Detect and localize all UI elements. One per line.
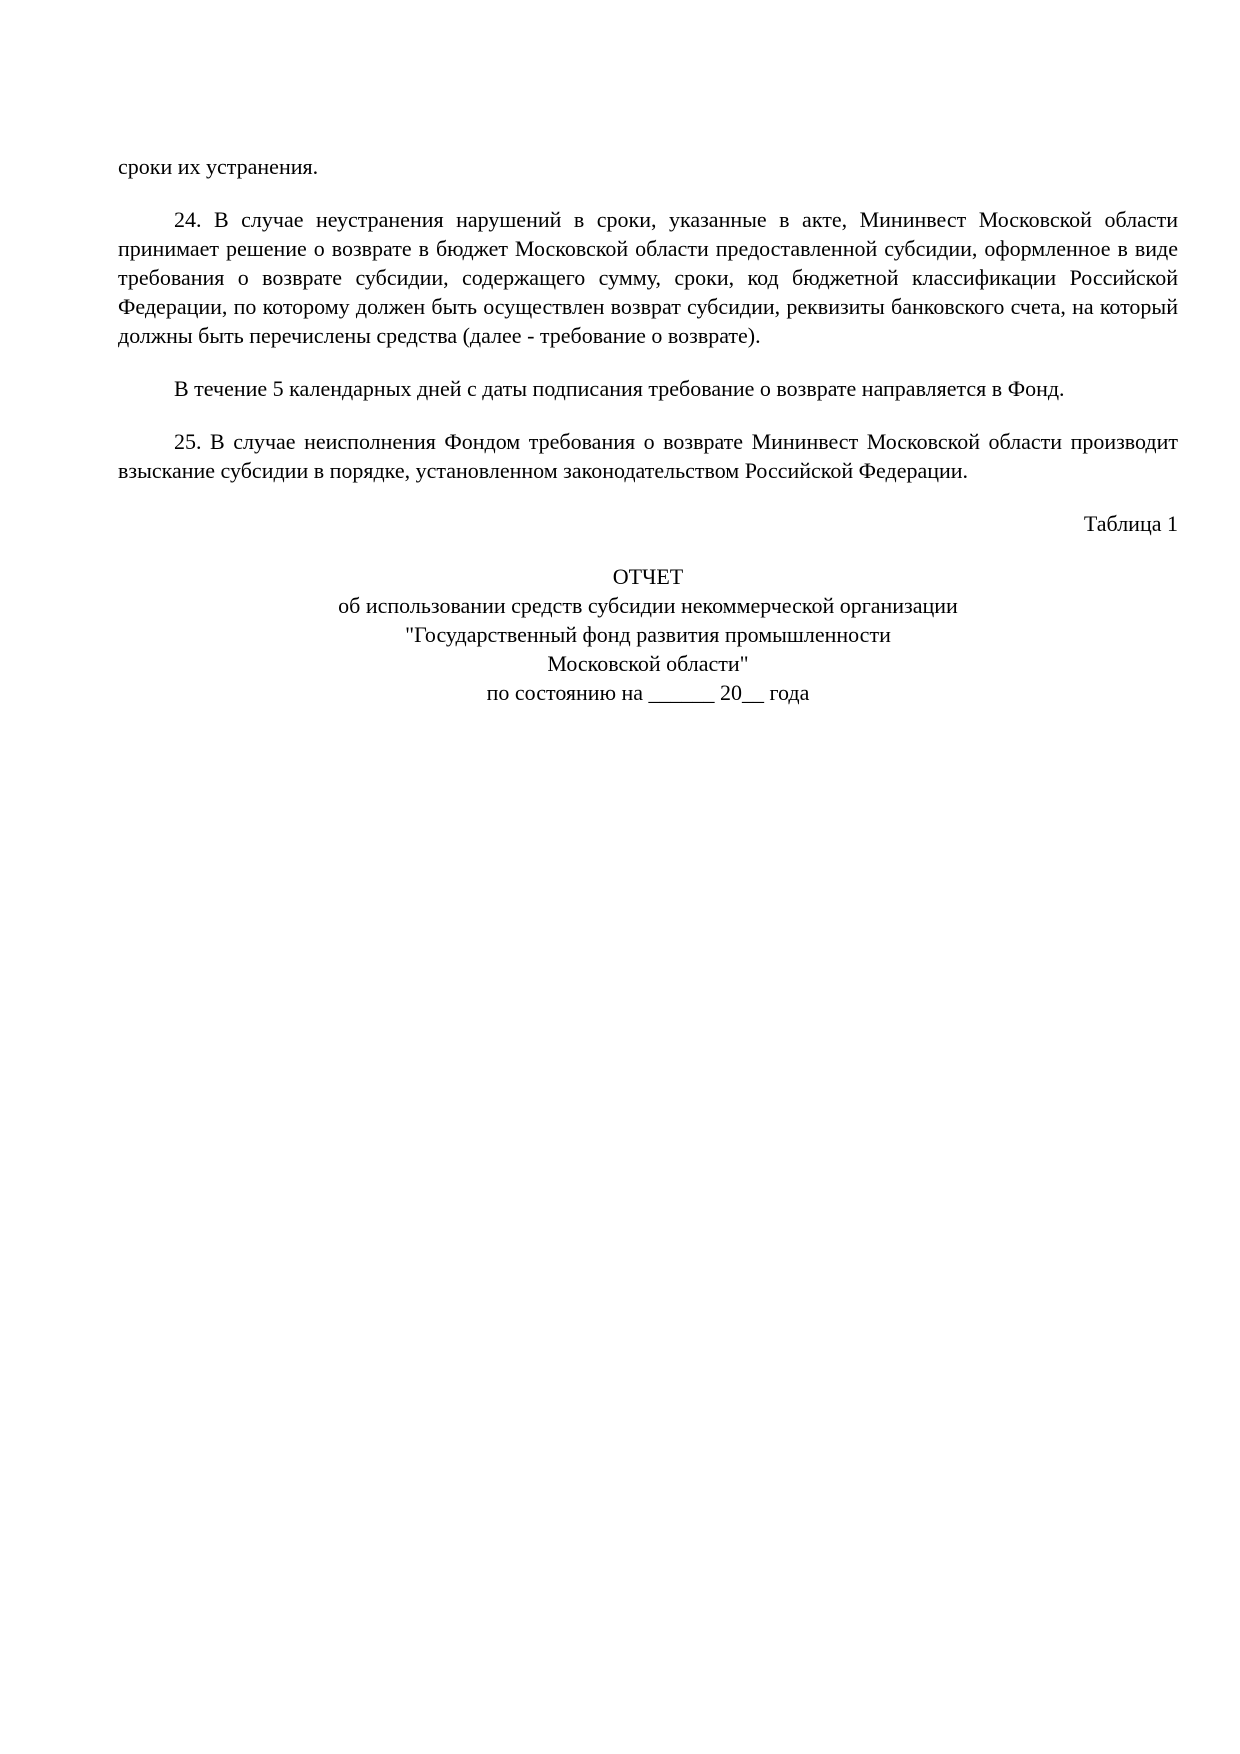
report-subtitle-line-2: "Государственный фонд развития промышлен… (118, 620, 1178, 649)
report-title-block: ОТЧЕТ об использовании средств субсидии … (118, 562, 1178, 707)
report-date-line: по состоянию на ______ 20__ года (118, 678, 1178, 707)
paragraph-25: 25. В случае неисполнения Фондом требова… (118, 427, 1178, 485)
table-label: Таблица 1 (118, 509, 1178, 538)
paragraph-24: 24. В случае неустранения нарушений в ср… (118, 205, 1178, 350)
continuation-text: сроки их устранения. (118, 152, 1178, 181)
report-heading: ОТЧЕТ (118, 562, 1178, 591)
paragraph-return-notice: В течение 5 календарных дней с даты подп… (118, 374, 1178, 403)
document-page: сроки их устранения. 24. В случае неустр… (118, 152, 1178, 707)
report-subtitle-line-3: Московской области" (118, 649, 1178, 678)
report-subtitle-line-1: об использовании средств субсидии некомм… (118, 591, 1178, 620)
